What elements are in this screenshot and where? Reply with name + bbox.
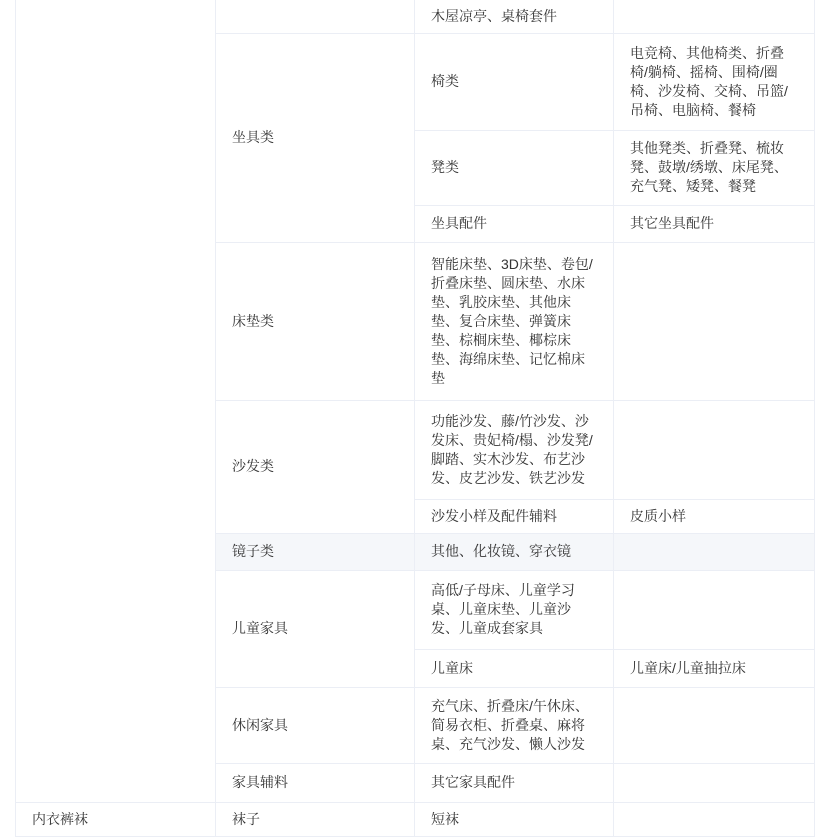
cell-level3-kids-furniture-types: 高低/子母床、儿童学习桌、儿童床垫、儿童沙发、儿童成套家具	[415, 570, 614, 649]
cell-level4-empty	[614, 802, 815, 836]
cell-level3-mirror-types: 其他、化妆镜、穿衣镜	[415, 533, 614, 570]
category-table-container: 木屋凉亭、桌椅套件 坐具类 椅类 电竞椅、其他椅类、折叠椅/躺椅、摇椅、围椅/圈…	[15, 0, 815, 837]
cell-level2-leisure-furniture: 休闲家具	[216, 687, 415, 763]
cell-level4-empty	[614, 687, 815, 763]
cell-level4-empty	[614, 570, 815, 649]
cell-level4-empty	[614, 242, 815, 400]
cell-level2-kids-furniture: 儿童家具	[216, 570, 415, 687]
cell-level4-empty	[614, 400, 815, 499]
cell-level4-leather-sample: 皮质小样	[614, 499, 815, 533]
cell-level3-sofa-samples-accessories: 沙发小样及配件辅料	[415, 499, 614, 533]
cell-level4-stool-types: 其他凳类、折叠凳、梳妆凳、鼓墩/绣墩、床尾凳、充气凳、矮凳、餐凳	[614, 130, 815, 205]
cell-level3-other-furniture-accessories: 其它家具配件	[415, 763, 614, 802]
cell-level2-mattress: 床垫类	[216, 242, 415, 400]
cell-level4-kids-bed-types: 儿童床/儿童抽拉床	[614, 649, 815, 687]
cell-level4-empty	[614, 763, 815, 802]
cell-level1-underwear-socks: 内衣裤袜	[16, 802, 216, 836]
cell-level3-leisure-furniture-types: 充气床、折叠床/午休床、简易衣柜、折叠桌、麻将桌、充气沙发、懒人沙发	[415, 687, 614, 763]
cell-level4-empty	[614, 0, 815, 33]
table-row[interactable]: 木屋凉亭、桌椅套件	[16, 0, 815, 33]
cell-level2-socks: 袜子	[216, 802, 415, 836]
cell-level2-mirror: 镜子类	[216, 533, 415, 570]
table-row[interactable]: 内衣裤袜 袜子 短袜	[16, 802, 815, 836]
cell-level2-sofa: 沙发类	[216, 400, 415, 533]
cell-level3-stools: 凳类	[415, 130, 614, 205]
cell-level4-other-seating-accessories: 其它坐具配件	[614, 205, 815, 242]
cell-level3-sofa-types: 功能沙发、藤/竹沙发、沙发床、贵妃椅/榻、沙发凳/脚踏、实木沙发、布艺沙发、皮艺…	[415, 400, 614, 499]
cell-level4-empty	[614, 533, 815, 570]
category-table: 木屋凉亭、桌椅套件 坐具类 椅类 电竞椅、其他椅类、折叠椅/躺椅、摇椅、围椅/圈…	[15, 0, 815, 837]
cell-level3-kids-bed: 儿童床	[415, 649, 614, 687]
cell-level1-furniture-merged	[16, 0, 216, 802]
cell-level2-furniture-accessories: 家具辅料	[216, 763, 415, 802]
cell-level3-chairs: 椅类	[415, 33, 614, 130]
cell-level3-mattress-types: 智能床垫、3D床垫、卷包/折叠床垫、圆床垫、水床垫、乳胶床垫、其他床垫、复合床垫…	[415, 242, 614, 400]
cell-level2-partial-empty	[216, 0, 415, 33]
cell-level2-seating: 坐具类	[216, 33, 415, 242]
cell-level3-seating-accessories: 坐具配件	[415, 205, 614, 242]
cell-level3-wood-gazebo-set: 木屋凉亭、桌椅套件	[415, 0, 614, 33]
cell-level3-short-socks: 短袜	[415, 802, 614, 836]
cell-level4-chair-types: 电竞椅、其他椅类、折叠椅/躺椅、摇椅、围椅/圈椅、沙发椅、交椅、吊篮/吊椅、电脑…	[614, 33, 815, 130]
